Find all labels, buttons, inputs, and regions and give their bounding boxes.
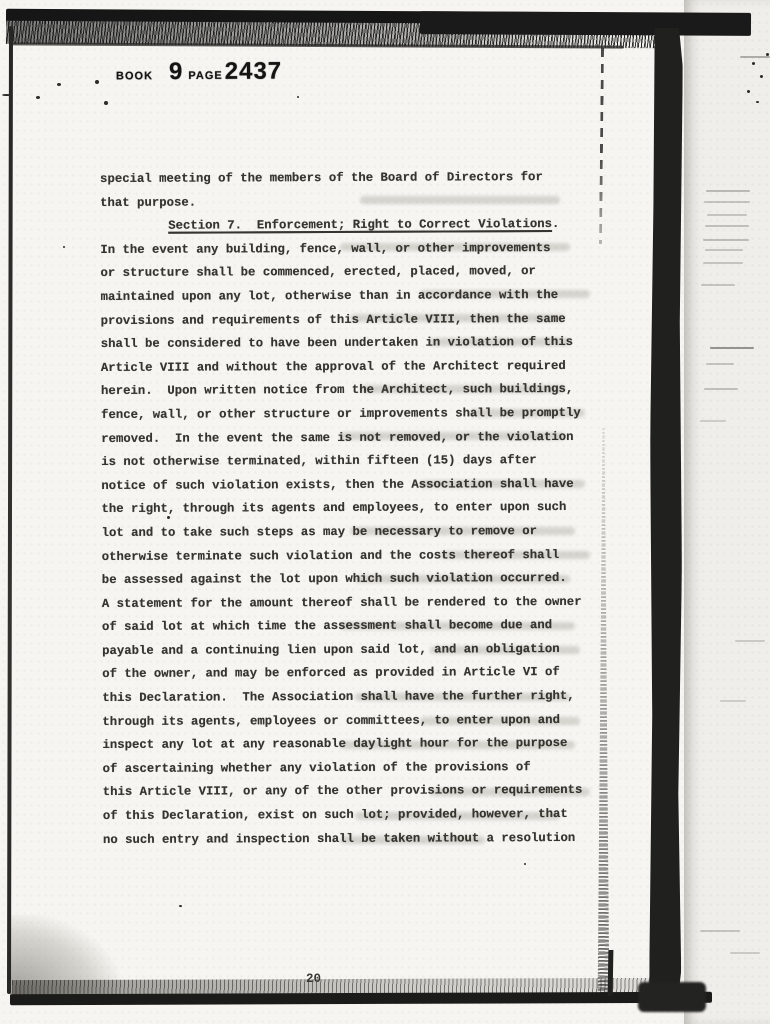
book-label: BOOK [116,70,153,82]
bleed-through-mark [704,201,750,203]
scan-speck [297,96,299,98]
scan-speck [57,83,61,86]
scan-artifact-vertical-noise [597,428,610,1000]
bleed-through-mark [705,249,743,251]
scan-speck [752,62,755,65]
scan-speck [104,101,108,105]
bleed-through-mark [706,190,750,192]
scan-artifact-vertical-line [599,48,604,244]
adjacent-page-edge [684,0,770,1024]
text-line: of ascertaining whether any violation of… [103,756,595,782]
book-number: 9 [169,60,183,84]
scan-speck [524,863,526,865]
bleed-through-mark [710,347,754,349]
text-line: herein. Upon written notice from the Arc… [101,378,593,404]
text-line: In the event any building, fence, wall, … [100,237,592,263]
bleed-through-mark [703,262,743,264]
page-number: 20 [306,972,321,986]
text-line: maintained upon any lot, otherwise than … [101,284,593,310]
text-line: shall be considered to have been underta… [101,331,593,357]
text-line: is not otherwise terminated, within fift… [101,449,593,475]
scan-speck [36,96,40,99]
scan-speck [747,90,750,93]
text-line: no such entry and inspection shall be ta… [103,826,595,852]
text-line: of said lot at which time the assessment… [102,614,594,640]
text-line: otherwise terminate such violation and t… [102,543,594,569]
text-line: lot and to take such steps as may be nec… [102,520,594,546]
bleed-through-mark [700,930,740,932]
bleed-through-mark [705,225,749,227]
bleed-through-mark [701,284,735,286]
text-line: fence, wall, or other structure or impro… [101,402,593,428]
text-line: or structure shall be commenced, erected… [100,260,592,286]
scanned-document-page: BOOK 9 PAGE 2437 special meeting of the … [0,0,770,1024]
bleed-through-mark [700,420,726,422]
scan-artifact-binding-band [649,28,683,1010]
bleed-through-mark [707,214,747,216]
text-line: of the owner, and may be enforced as pro… [102,661,594,687]
scan-speck [756,101,759,103]
scan-artifact-binding-band [638,982,706,1012]
scan-speck [766,53,769,56]
document-lines: special meeting of the members of the Bo… [100,166,595,852]
bleed-through-mark [703,239,749,241]
scan-speck [95,80,99,84]
scan-speck [179,905,182,907]
text-line: Article VIII and without the approval of… [101,355,593,381]
bleed-through-mark [740,56,770,58]
text-line: this Declaration. The Association shall … [102,685,594,711]
text-line: that purpose. [100,189,592,215]
scan-artifact-vertical-line [608,950,614,996]
bleed-through-mark [704,388,738,390]
text-line: be assessed against the lot upon which s… [102,567,594,593]
text-line: provisions and requirements of this Arti… [101,307,593,333]
book-page-stamp: BOOK 9 PAGE 2437 [116,60,282,85]
text-line: the right, through its agents and employ… [101,496,593,522]
bleed-through-mark [735,640,765,642]
text-line: special meeting of the members of the Bo… [100,166,592,192]
bleed-through-mark [706,363,734,365]
text-line: of this Declaration, exist on such lot; … [103,803,595,829]
text-line: this Article VIII, or any of the other p… [103,779,595,805]
bleed-through-mark [730,952,760,954]
scan-speck [760,75,763,78]
text-line: inspect any lot at any reasonable daylig… [102,732,594,758]
scan-artifact-top-bar [420,11,751,36]
text-line: A statement for the amount thereof shall… [102,591,594,617]
scan-speck [63,246,65,248]
scan-artifact-left-edge [7,26,13,994]
text-line: payable and a continuing lien upon said … [102,638,594,664]
text-line: notice of such violation exists, then th… [101,473,593,499]
section-heading: Section 7. Enforcement; Right to Correct… [100,213,592,239]
text-line: removed. In the event the same is not re… [101,425,593,451]
page-number-stamp: 2437 [225,60,283,84]
text-line: through its agents, employees or committ… [102,709,594,735]
bleed-through-mark [720,700,746,702]
page-label: PAGE [188,70,222,82]
